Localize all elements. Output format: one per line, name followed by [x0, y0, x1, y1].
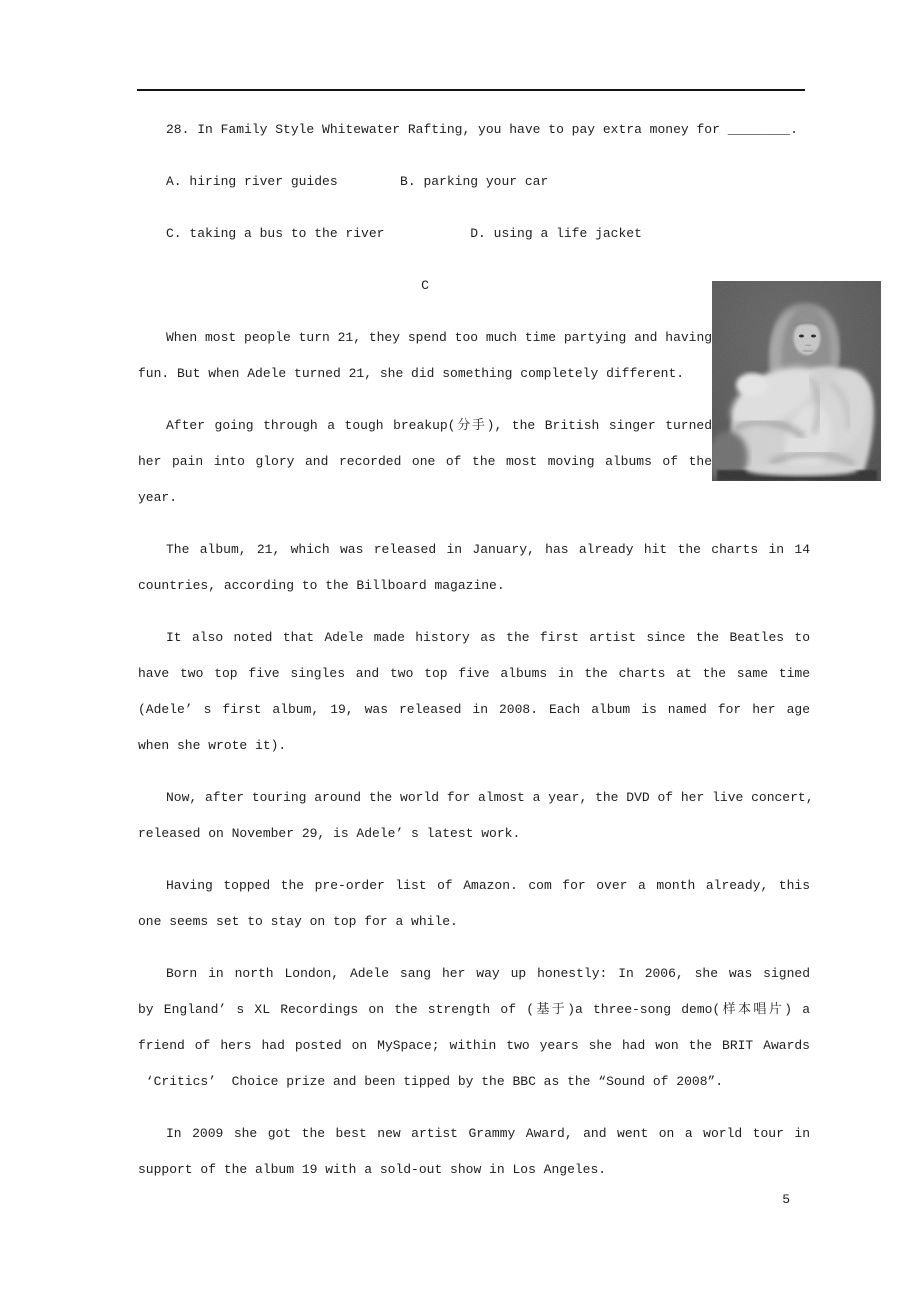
text-line: It also noted that Adele made history as…: [138, 620, 810, 656]
paragraph-3: The album, 21, which was released in Jan…: [138, 532, 810, 604]
page-number: 5: [138, 1190, 790, 1210]
question-28: 28. In Family Style Whitewater Rafting, …: [138, 112, 810, 148]
text-line: support of the album 19 with a sold-out …: [138, 1152, 810, 1188]
question-28-options-ab: A. hiring river guides B. parking your c…: [138, 164, 810, 200]
text-line: After going through a tough breakup(分手),…: [138, 408, 712, 444]
adele-photo: [712, 281, 881, 481]
paragraph-7: Born in north London, Adele sang her way…: [138, 956, 810, 1100]
paragraph-8: In 2009 she got the best new artist Gram…: [138, 1116, 810, 1188]
text-line: The album, 21, which was released in Jan…: [138, 532, 810, 568]
text-line: fun. But when Adele turned 21, she did s…: [138, 356, 712, 392]
text-line: Born in north London, Adele sang her way…: [138, 956, 810, 992]
section-header: C: [138, 268, 810, 304]
text-line: Having topped the pre-order list of Amaz…: [138, 868, 810, 904]
text-line: year.: [138, 480, 712, 516]
option-row-ab: A. hiring river guides B. parking your c…: [138, 164, 810, 200]
text-line: ‘Critics’ Choice prize and been tipped b…: [138, 1064, 810, 1100]
document-page: 28. In Family Style Whitewater Rafting, …: [0, 0, 920, 1302]
paragraph-6: Having topped the pre-order list of Amaz…: [138, 868, 810, 940]
passage: When most people turn 21, they spend too…: [138, 320, 810, 1188]
text-line: When most people turn 21, they spend too…: [138, 320, 712, 356]
text-line: one seems set to stay on top for a while…: [138, 904, 810, 940]
text-line: have two top five singles and two top fi…: [138, 656, 810, 692]
paragraph-2: After going through a tough breakup(分手),…: [138, 408, 810, 516]
text-line: released on November 29, is Adele’ s lat…: [138, 816, 810, 852]
text-line: Now, after touring around the world for …: [138, 780, 810, 816]
option-row-cd: C. taking a bus to the river D. using a …: [138, 216, 810, 252]
text-line: by England’ s XL Recordings on the stren…: [138, 992, 810, 1028]
text-line: her pain into glory and recorded one of …: [138, 444, 712, 480]
paragraph-4: It also noted that Adele made history as…: [138, 620, 810, 764]
text-line: friend of hers had posted on MySpace; wi…: [138, 1028, 810, 1064]
photo-grain-overlay: [712, 281, 881, 481]
paragraph-5: Now, after touring around the world for …: [138, 780, 810, 852]
document-content: 28. In Family Style Whitewater Rafting, …: [138, 92, 810, 1188]
section-label: C: [138, 268, 712, 304]
question-text: 28. In Family Style Whitewater Rafting, …: [138, 112, 810, 148]
question-28-options-cd: C. taking a bus to the river D. using a …: [138, 216, 810, 252]
text-line: when she wrote it).: [138, 728, 810, 764]
header-divider: [137, 89, 805, 91]
text-line: countries, according to the Billboard ma…: [138, 568, 810, 604]
paragraph-1: When most people turn 21, they spend too…: [138, 320, 810, 392]
text-line: In 2009 she got the best new artist Gram…: [138, 1116, 810, 1152]
text-line: (Adele’ s first album, 19, was released …: [138, 692, 810, 728]
